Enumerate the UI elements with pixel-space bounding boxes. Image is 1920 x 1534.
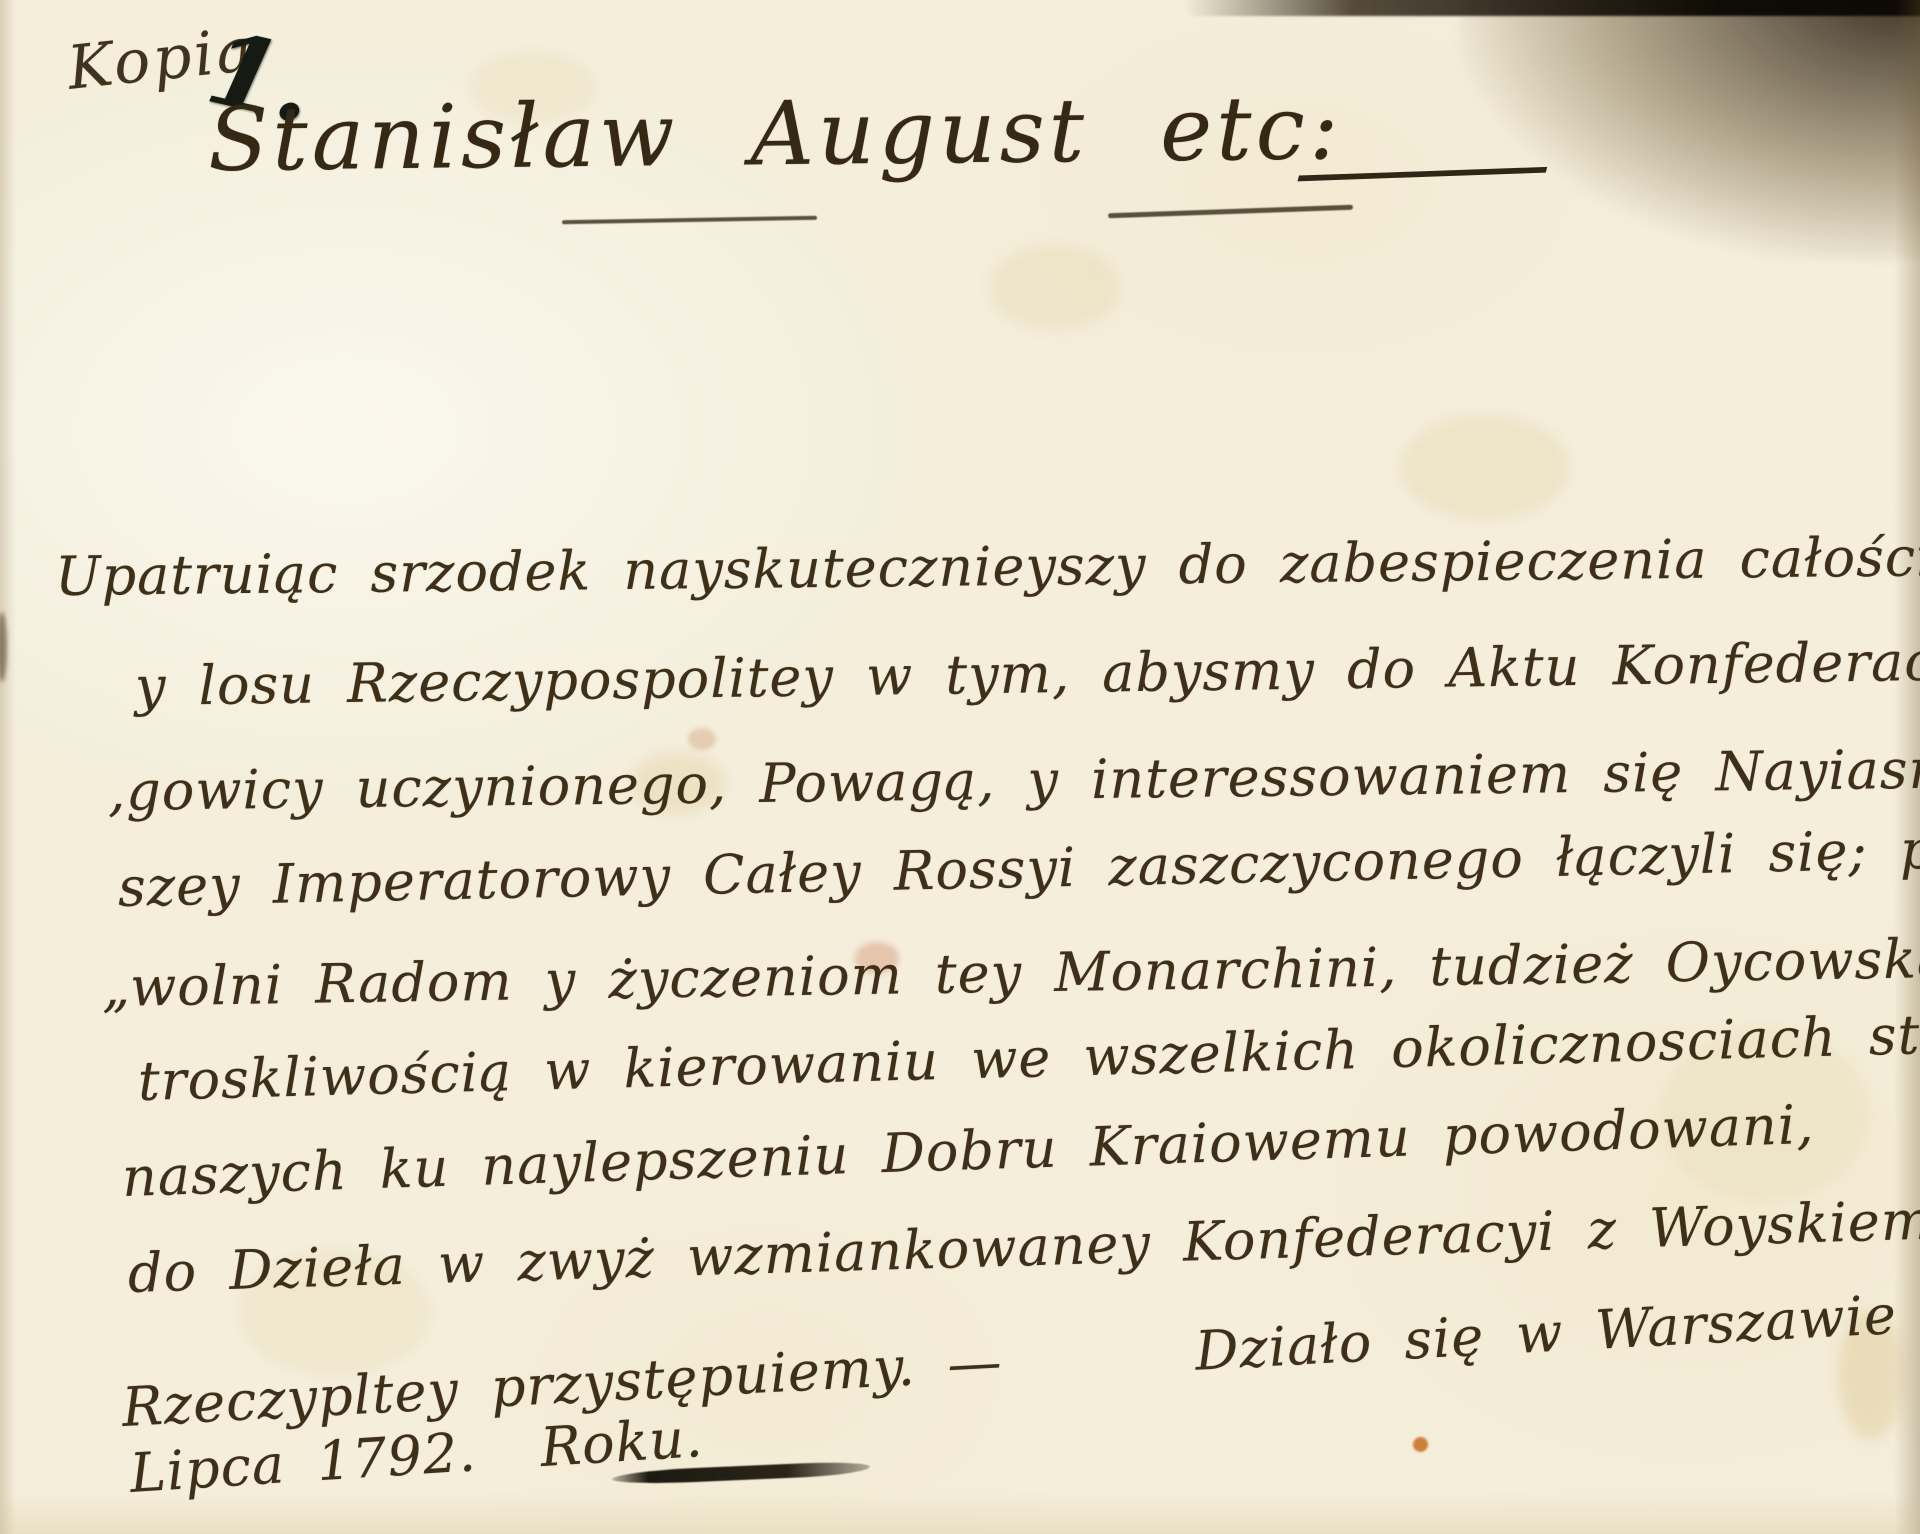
paper-stain <box>1400 415 1570 520</box>
paper-stain-red <box>688 728 716 750</box>
paper-stain-dot <box>1413 1437 1428 1452</box>
paper-stain <box>990 245 1120 330</box>
manuscript-line-5: „wolni Radom y życzeniom tey Monarchini,… <box>102 927 1920 1019</box>
manuscript-line-6: troskliwością w kierowaniu we wszelkich … <box>137 1000 1920 1113</box>
manuscript-line-8: do Dzieła w zwyż wzmiankowaney Konfedera… <box>127 1188 1920 1305</box>
manuscript-page: Kopia 1. Stanisław August etc: —— Upatru… <box>0 0 1920 1534</box>
page-edge-shadow-top <box>1185 0 1920 16</box>
manuscript-line-2: y losu Rzeczypospolitey w tym, abysmy do… <box>135 626 1920 718</box>
manuscript-line-1: Upatruiąc srzodek nayskutecznieyszy do z… <box>55 523 1920 608</box>
manuscript-line-7: naszych ku naylepszeniu Dobru Kraiowemu … <box>121 1093 1815 1209</box>
ink-flourish-stroke <box>562 216 817 224</box>
page-edge-shade-bottom <box>0 1492 1920 1534</box>
manuscript-line-4: szey Imperatorowy Całey Rossyi zaszczyco… <box>117 817 1920 919</box>
page-edge-shade-left <box>0 0 16 1534</box>
document-heading: Stanisław August etc: <box>207 76 1343 191</box>
manuscript-line-3: ,gowicy uczynionego, Powagą, y interesso… <box>108 736 1920 823</box>
